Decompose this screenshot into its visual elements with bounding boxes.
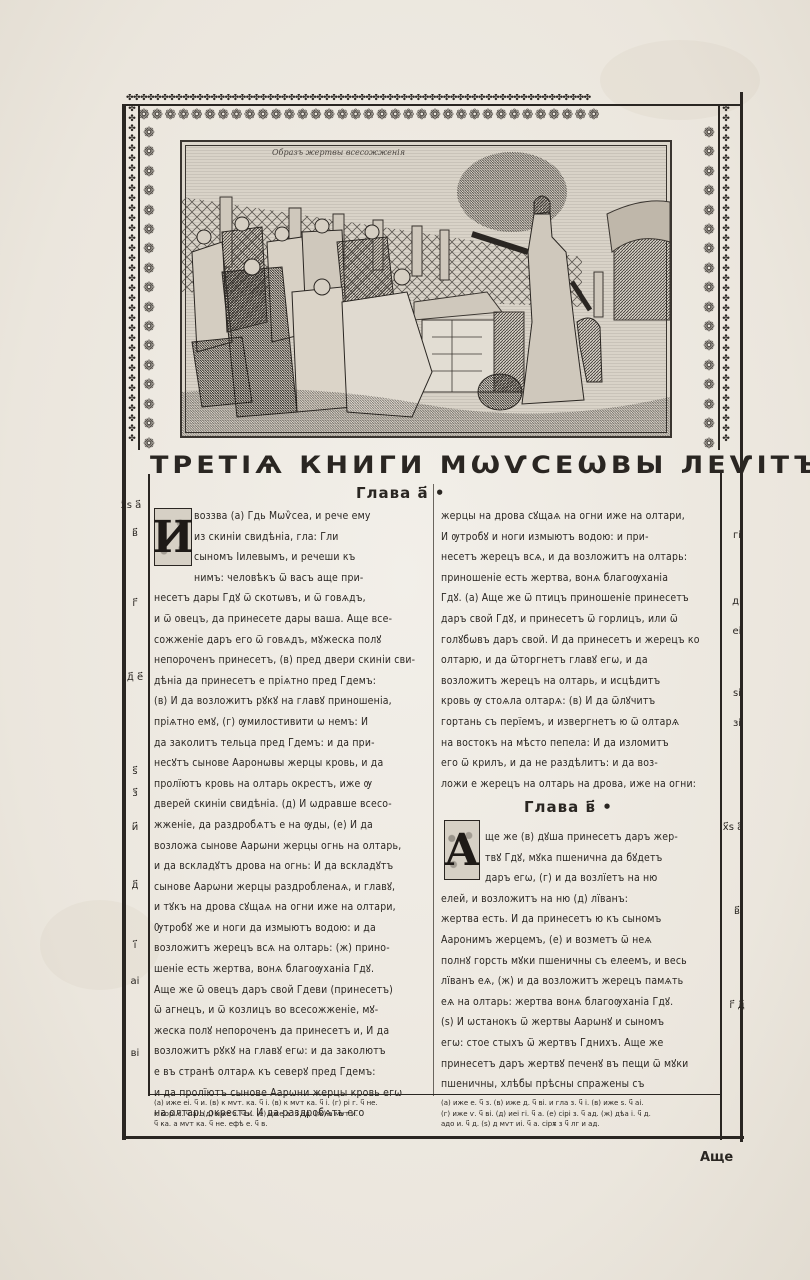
margin-verse-number: еі [726, 626, 748, 637]
text-line: жертва есть. И да принесетъ ю къ сыномъ [441, 909, 717, 930]
column-rule-left [148, 474, 150, 1096]
text-line: возложитъ жерецъ всѧ на олтарь: (ж) прин… [154, 938, 430, 959]
frame-bottom-rule [122, 1136, 744, 1139]
text-line: пріѧтно емꙋ, (г) ѹмилостивити ѡ немъ: И [154, 712, 430, 733]
margin-verse-number: ѕі [726, 688, 748, 699]
engraving-caption: Образъ жертвы всесожженія [272, 148, 405, 157]
sacrifice-scene-illustration [182, 142, 670, 436]
text-line: сожженіе даръ его ѿ говѧдъ, мꙋжеска полꙋ [154, 630, 430, 651]
text-line: Аще же ѿ овецъ даръ свой Гдеви (принесет… [154, 980, 430, 1001]
text-line: приношеніе есть жертва, вонѧ благоѹханіа [441, 568, 717, 589]
footnotes-right: (а) иже е. ч҃ з. (в) иже д. ч҃ ві. и гла… [441, 1098, 717, 1130]
margin-verse-number: г҃ д҃ [726, 1000, 748, 1011]
text-line: еѧ на олтарь: жертва вонѧ благоѹханіа Гд… [441, 992, 717, 1013]
text-column-right: жерцы на дрова сꙋщаѧ на огни иже на олта… [441, 506, 717, 794]
rosette-border-left: ❁ ❁ ❁ ❁ ❁ ❁ ❁ ❁ ❁ ❁ ❁ ❁ ❁ ❁ ❁ ❁ ❁ [140, 124, 158, 454]
text-line: непороченъ принесетъ, (в) пред двери ски… [154, 650, 430, 671]
frame-right-rule [740, 92, 743, 1142]
text-line: жеска полꙋ непороченъ да принесетъ и, И … [154, 1021, 430, 1042]
text-line: кровь ѹ стоѧла олтарѧ: (в) И да ѿлꙋчитъ [441, 691, 717, 712]
chapter-number: в҃ [586, 798, 597, 816]
margin-verse-number: ві [124, 1048, 146, 1059]
footnote-line: адо и. ч҃ д. (ѕ) д мѵт иі. ч҃ а. сірѫ з … [441, 1119, 717, 1130]
text-line: жерцы на дрова сꙋщаѧ на огни иже на олта… [441, 506, 717, 527]
catchword: Аще [700, 1150, 733, 1165]
ornamental-right-border: ✤ ✤ ✤ ✤ ✤ ✤ ✤ ✤ ✤ ✤ ✤ ✤ ✤ ✤ ✤ ✤ ✤ ✤ ✤ ✤ … [718, 104, 732, 450]
margin-verse-number: аі [124, 976, 146, 987]
text-line: жженіе, да раздробѧтъ е на ѹды, (е) И да [154, 815, 430, 836]
text-line: полнꙋ горсть мꙋки пшеничны съ елеемъ, и … [441, 951, 717, 972]
margin-verse-number: з҃ [124, 788, 146, 799]
chapter-number: а҃ [418, 484, 429, 502]
ornamental-left-border: ✤ ✤ ✤ ✤ ✤ ✤ ✤ ✤ ✤ ✤ ✤ ✤ ✤ ✤ ✤ ✤ ✤ ✤ ✤ ✤ … [124, 104, 140, 450]
text-line: из скиніи свидѣніа, гла: Гли [154, 527, 430, 548]
margin-verse-number: х҃ѕ а҃ [722, 822, 744, 833]
text-line: (ѕ) И ѡстанокъ ѿ жертвы Аарѡнꙋ и сыномъ [441, 1012, 717, 1033]
margin-verse-number: в҃ [726, 906, 748, 917]
margin-verse-number: г҃ [124, 598, 146, 609]
book-title: ТРЕТІѦ КНИГИ МѠѴСЕѠВЫ ЛЕѴІТЪ • [150, 452, 750, 480]
text-line: возложитъ жерецъ на олтарь, и исцѣдитъ [441, 671, 717, 692]
text-line: даръ егѡ, (г) и да возлїетъ на ню [441, 868, 717, 889]
text-line: гортань съ перїемъ, и извергнетъ ю ѿ олт… [441, 712, 717, 733]
margin-verse-number: ѕ҃ [124, 766, 146, 777]
footnote-line: ч҃ ка. а мѵт ка. ч҃ не. ефѣ е. ч҃ в. [154, 1119, 430, 1130]
chapter-mark: • [602, 798, 613, 816]
margin-verse-number: зі [726, 718, 748, 729]
text-line: ложи е жерецъ на олтарь на дрова, иже на… [441, 774, 717, 795]
text-line: его ѿ крилъ, и да не раздѣлитъ: и да воз… [441, 753, 717, 774]
rosette-border-top: ❁❁❁❁❁❁❁❁❁❁❁❁❁❁❁❁❁❁❁❁❁❁❁❁❁❁❁❁❁❁❁❁❁❁❁ [138, 106, 720, 124]
chapter-2-heading: Глава в҃ • [524, 798, 613, 816]
text-line: Ааронимъ жерцемъ, (е) и возметъ ѿ неѧ [441, 930, 717, 951]
text-line: сынове Аарѡни жерцы раздробленаѧ, и глав… [154, 877, 430, 898]
text-line: воззва (а) Гдь Мѡѷсеа, и рече ему [154, 506, 430, 527]
book-page: ✤✤✤✤✤✤✤✤✤✤✤✤✤✤✤✤✤✤✤✤✤✤✤✤✤✤✤✤✤✤✤✤✤✤✤✤✤✤✤✤… [0, 0, 810, 1280]
text-line: И ѹтробꙋ и ноги измыютъ водою: и при- [441, 527, 717, 548]
margin-verse-number: д҃ [124, 880, 146, 891]
text-line: лїванъ еѧ, (ж) и да возложитъ жерецъ пам… [441, 971, 717, 992]
text-line: несетъ жерецъ всѧ, и да возложитъ на олт… [441, 547, 717, 568]
text-line: голꙋбѡвъ даръ свой. И да принесетъ и жер… [441, 630, 717, 651]
text-line: и да вскладꙋтъ дрова на огнь: И да вскла… [154, 856, 430, 877]
text-line: е въ странѣ олтарѧ къ северꙋ пред Гдемъ: [154, 1062, 430, 1083]
text-line: несетъ дары Гдꙋ ѿ скотѡвъ, и ѿ говѧдъ, [154, 588, 430, 609]
chapter-label: Глава [356, 484, 411, 502]
margin-verse-number: и҃ [124, 822, 146, 833]
text-line: сыномъ Ӏилевымъ, и речеши къ [154, 547, 430, 568]
engraving-illustration: Образъ жертвы всесожженія [180, 140, 672, 438]
text-line: даръ свой Гдꙋ, и принесетъ ѿ горлицъ, ил… [441, 609, 717, 630]
text-line: твꙋ Гдꙋ, мꙋка пшенична да бꙋдетъ [441, 848, 717, 869]
footnote-line: (а) иже е. ч҃ з. (в) иже д. ч҃ ві. и гла… [441, 1098, 717, 1109]
text-line: дѣніа да принесетъ е пріѧтно пред Гдемъ: [154, 671, 430, 692]
text-line: дверей скиніи свидѣніа. (д) И ѡдравше вс… [154, 794, 430, 815]
footnotes-left: (а) иже еі. ч҃ и. (в) к мѵт. ка. ч҃ і. (… [154, 1098, 430, 1130]
text-line: на востокъ на мѣсто пепела: И да изломит… [441, 733, 717, 754]
text-line: олтарю, и да ѿторгнетъ главꙋ егѡ, и да [441, 650, 717, 671]
text-line: возложитъ рꙋкꙋ на главꙋ егѡ: и да заколю… [154, 1041, 430, 1062]
text-line: шеніе есть жертва, вонѧ благоѹханіа Гдꙋ. [154, 959, 430, 980]
text-line: ще же (в) дꙋша принесетъ даръ жер- [441, 827, 717, 848]
footnote-line: к корі є. ч҃ аі. (д) иже з. ч҃ и. (е) иж… [154, 1109, 430, 1120]
text-line: елей, и возложитъ на ню (д) лїванъ: [441, 889, 717, 910]
chapter-mark: • [435, 484, 446, 502]
text-line: (в) И да возложитъ рꙋкꙋ на главꙋ приноше… [154, 691, 430, 712]
footnote-line: (г) иже ѵ. ч҃ ві. (д) иеі гі. ч҃ а. (е) … [441, 1109, 717, 1120]
footnote-line: (а) иже еі. ч҃ и. (в) к мѵт. ка. ч҃ і. (… [154, 1098, 430, 1109]
text-line: принесетъ даръ жертвꙋ печенꙋ въ пещи ѿ м… [441, 1054, 717, 1075]
text-column-right-chapter-2: ще же (в) дꙋша принесетъ даръ жер- твꙋ Г… [441, 827, 717, 1095]
text-line: да заколитъ тельца пред Гдемъ: и да при- [154, 733, 430, 754]
text-line: Гдꙋ. (а) Аще же ѿ птицъ приношеніе прине… [441, 588, 717, 609]
text-line: пшеничны, хлѣбы прѣсны спражены съ [441, 1074, 717, 1095]
chapter-label: Глава [524, 798, 579, 816]
margin-verse-number: д҃ е҃ [124, 672, 146, 683]
ornamental-top-border: ✤✤✤✤✤✤✤✤✤✤✤✤✤✤✤✤✤✤✤✤✤✤✤✤✤✤✤✤✤✤✤✤✤✤✤✤✤✤✤✤… [126, 94, 740, 106]
rosette-border-right: ❁ ❁ ❁ ❁ ❁ ❁ ❁ ❁ ❁ ❁ ❁ ❁ ❁ ❁ ❁ ❁ ❁ [700, 124, 718, 454]
text-line: егѡ: стое стыхъ ѿ жертвъ Гднихъ. Аще же [441, 1033, 717, 1054]
text-line: Ѹтробꙋ же и ноги да измыютъ водою: и да [154, 918, 430, 939]
text-line: пролїютъ кровь на олтарь окрестъ, иже ѹ [154, 774, 430, 795]
column-rule-right [720, 470, 722, 1140]
text-line: ѿ агнецъ, и ѿ козлицъ во всесожженіе, мꙋ… [154, 1000, 430, 1021]
margin-verse-number: ді [726, 596, 748, 607]
text-line: возложа сынове Аарѡни жерцы огнь на олта… [154, 836, 430, 857]
text-line: нимъ: человѣкъ ѿ васъ аще при- [154, 568, 430, 589]
margin-verse-number: і҃ [124, 940, 146, 951]
text-line: и тꙋкъ на дрова сꙋщаѧ на огни иже на олт… [154, 897, 430, 918]
text-column-left: воззва (а) Гдь Мѡѷсеа, и рече ему из ски… [154, 506, 430, 1124]
margin-verse-number: гі [726, 530, 748, 541]
column-rule-middle [433, 484, 434, 1096]
margin-verse-number: х҃ѕ а҃ [120, 500, 142, 511]
text-line: несꙋтъ сынове Ааронѡвы жерцы кровь, и да [154, 753, 430, 774]
text-line: и ѿ овецъ, да принесете дары ваша. Аще в… [154, 609, 430, 630]
margin-verse-number: в҃ [124, 528, 146, 539]
